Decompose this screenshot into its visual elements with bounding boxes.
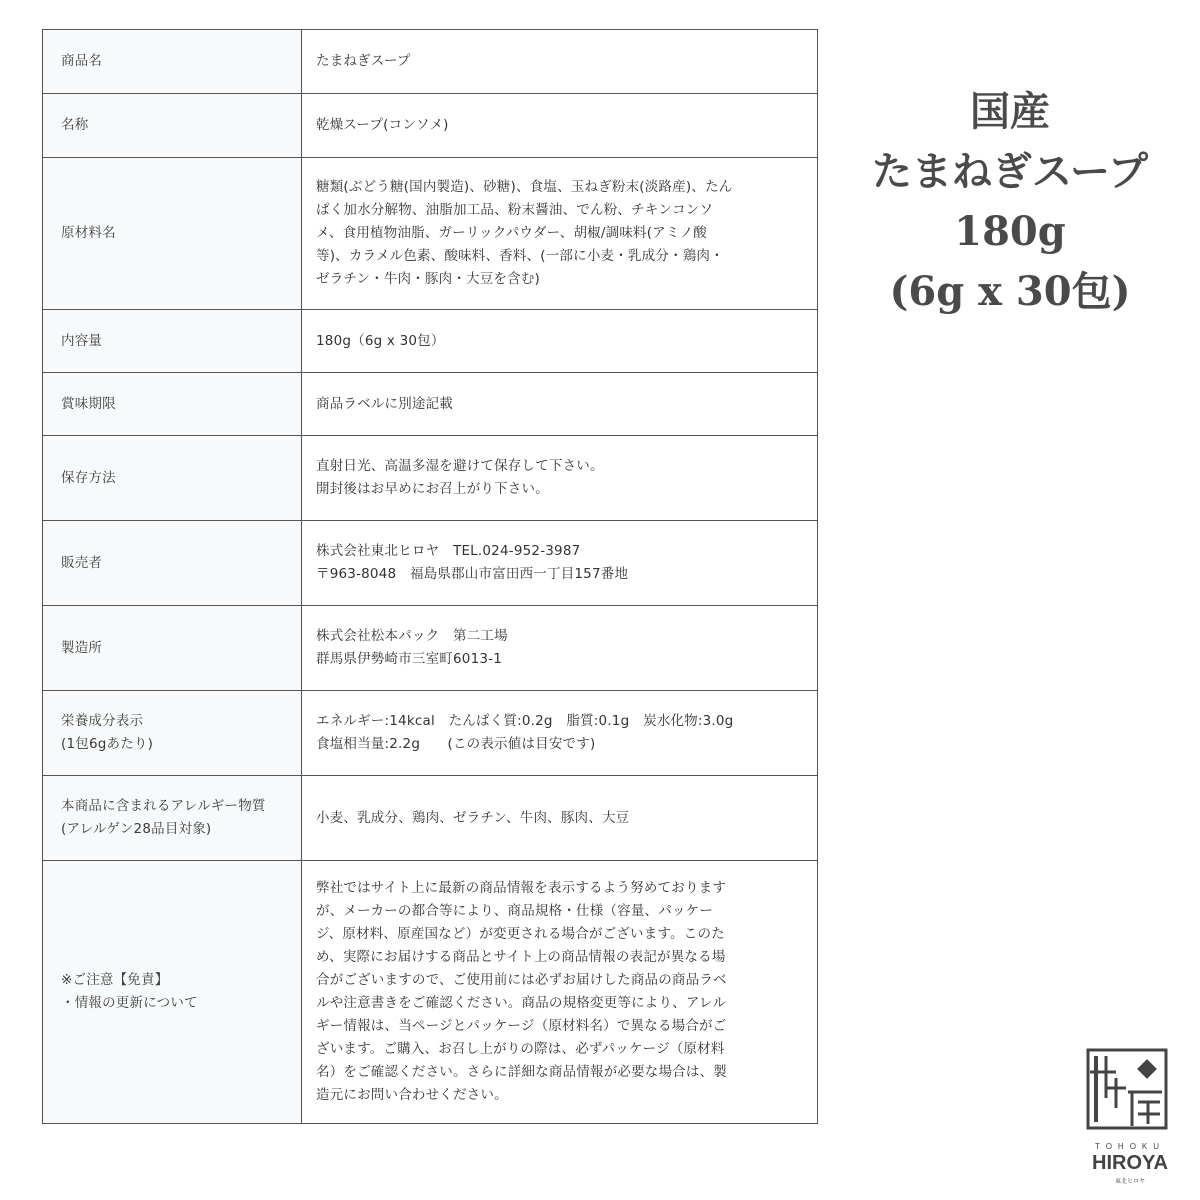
row-value: 乾燥スープ(コンソメ) [302, 94, 818, 158]
value-text: 等)、カラメル色素、酸味料、香料、(一部に小麦・乳成分・鶏肉・ [316, 245, 803, 268]
headline-product-name: たまねぎスープ [840, 142, 1180, 202]
table-row-product-name: 商品名 たまねぎスープ [43, 30, 818, 94]
table-row-nutrition: 栄養成分表示 (1包6gあたり) エネルギー:14kcal たんぱく質:0.2g… [43, 691, 818, 776]
label-text: 保存方法 [61, 467, 283, 490]
value-text: 180g（6g x 30包） [316, 330, 803, 353]
table-row-disclaimer: ※ご注意【免責】 ・情報の更新について 弊社ではサイト上に最新の商品情報を表示す… [43, 861, 818, 1124]
row-label: 賞味期限 [43, 373, 302, 436]
value-text: メ、食用植物油脂、ガーリックパウダー、胡椒/調味料(アミノ酸 [316, 222, 803, 245]
row-label: 原材料名 [43, 158, 302, 310]
value-text: 開封後はお早めにお召上がり下さい。 [316, 478, 803, 501]
row-label: 保存方法 [43, 436, 302, 521]
table-row-manufacturer: 製造所 株式会社松本パック 第二工場 群馬県伊勢崎市三室町6013-1 [43, 606, 818, 691]
value-text: 造元にお問い合わせください。 [316, 1084, 803, 1107]
row-value: 直射日光、高温多湿を避けて保存して下さい。 開封後はお早めにお召上がり下さい。 [302, 436, 818, 521]
table-row-best-before: 賞味期限 商品ラベルに別途記載 [43, 373, 818, 436]
label-text: 栄養成分表示 [61, 710, 283, 733]
value-text: ざいます。ご購入、お召し上がりの際は、必ずパッケージ（原材料 [316, 1038, 803, 1061]
label-text: 販売者 [61, 552, 283, 575]
value-text: ぱく加水分解物、油脂加工品、粉末醤油、でん粉、チキンコンソ [316, 199, 803, 222]
row-label: 栄養成分表示 (1包6gあたり) [43, 691, 302, 776]
value-text: 糖類(ぶどう糖(国内製造)、砂糖)、食塩、玉ねぎ粉末(淡路産)、たん [316, 176, 803, 199]
row-value: たまねぎスープ [302, 30, 818, 94]
label-text: 賞味期限 [61, 393, 283, 416]
label-text: 内容量 [61, 330, 283, 353]
row-value: 弊社ではサイト上に最新の商品情報を表示するよう努めております が、メーカーの都合… [302, 861, 818, 1124]
value-text: 株式会社東北ヒロヤ TEL.024-952-3987 [316, 540, 803, 563]
headline-origin: 国産 [840, 82, 1180, 142]
headline-weight: 180g [840, 202, 1180, 262]
table-row-seller: 販売者 株式会社東北ヒロヤ TEL.024-952-3987 〒963-8048… [43, 521, 818, 606]
value-text: が、メーカーの都合等により、商品規格・仕様（容量、パッケー [316, 900, 803, 923]
value-text: たまねぎスープ [316, 50, 803, 73]
row-value: 180g（6g x 30包） [302, 310, 818, 373]
row-value: 商品ラベルに別途記載 [302, 373, 818, 436]
label-text: 商品名 [61, 50, 283, 73]
row-value: エネルギー:14kcal たんぱく質:0.2g 脂質:0.1g 炭水化物:3.0… [302, 691, 818, 776]
table-row-storage: 保存方法 直射日光、高温多湿を避けて保存して下さい。 開封後はお早めにお召上がり… [43, 436, 818, 521]
row-label: 名称 [43, 94, 302, 158]
value-text: 弊社ではサイト上に最新の商品情報を表示するよう努めております [316, 877, 803, 900]
value-text: 群馬県伊勢崎市三室町6013-1 [316, 648, 803, 671]
value-text: 合がございますので、ご使用前には必ずお届けした商品の商品ラベ [316, 969, 803, 992]
value-text: ルや注意書きをご確認ください。商品の規格変更等により、アレル [316, 992, 803, 1015]
table-row-name: 名称 乾燥スープ(コンソメ) [43, 94, 818, 158]
value-text: ゼラチン・牛肉・豚肉・大豆を含む) [316, 268, 803, 291]
label-text: 製造所 [61, 637, 283, 660]
value-text: め、実際にお届けする商品とサイト上の商品情報の表記が異なる場 [316, 946, 803, 969]
logo-jp-text: 東北ヒロヤ [1082, 1176, 1178, 1185]
value-text: 商品ラベルに別途記載 [316, 393, 803, 416]
product-headline: 国産 たまねぎスープ 180g (6g x 30包) [840, 82, 1180, 322]
value-text: 直射日光、高温多湿を避けて保存して下さい。 [316, 455, 803, 478]
value-text: 乾燥スープ(コンソメ) [316, 114, 803, 137]
value-text: ギー情報は、当ページとパッケージ（原材料名）で異なる場合がご [316, 1015, 803, 1038]
value-text: 食塩相当量:2.2g (この表示値は目安です) [316, 733, 803, 756]
value-text: 〒963-8048 福島県郡山市富田西一丁目157番地 [316, 563, 803, 586]
product-spec-table: 商品名 たまねぎスープ 名称 乾燥スープ(コンソメ) 原材料名 糖類(ぶどう糖(… [42, 29, 818, 1124]
value-text: ジ、原材料、原産国など）が変更される場合がございます。このた [316, 923, 803, 946]
label-text: (1包6gあたり) [61, 733, 283, 756]
value-text: 名）をご確認ください。さらに詳細な商品情報が必要な場合は、製 [316, 1061, 803, 1084]
row-label: ※ご注意【免責】 ・情報の更新について [43, 861, 302, 1124]
value-text: 株式会社松本パック 第二工場 [316, 625, 803, 648]
label-text: 名称 [61, 114, 283, 137]
table-row-ingredients: 原材料名 糖類(ぶどう糖(国内製造)、砂糖)、食塩、玉ねぎ粉末(淡路産)、たん … [43, 158, 818, 310]
logo-tohoku-text: TOHOKU [1082, 1142, 1178, 1151]
value-text: エネルギー:14kcal たんぱく質:0.2g 脂質:0.1g 炭水化物:3.0… [316, 710, 803, 733]
table-row-contents: 内容量 180g（6g x 30包） [43, 310, 818, 373]
table-row-allergens: 本商品に含まれるアレルギー物質 (アレルゲン28品目対象) 小麦、乳成分、鶏肉、… [43, 776, 818, 861]
row-value: 糖類(ぶどう糖(国内製造)、砂糖)、食塩、玉ねぎ粉末(淡路産)、たん ぱく加水分… [302, 158, 818, 310]
brand-logo: TOHOKU HIROYA 東北ヒロヤ [1082, 1048, 1178, 1188]
row-label: 販売者 [43, 521, 302, 606]
label-text: ・情報の更新について [61, 992, 283, 1015]
row-label: 製造所 [43, 606, 302, 691]
label-text: 原材料名 [61, 222, 283, 245]
label-text: ※ご注意【免責】 [61, 969, 283, 992]
headline-pack-count: (6g x 30包) [840, 262, 1180, 322]
row-value: 株式会社東北ヒロヤ TEL.024-952-3987 〒963-8048 福島県… [302, 521, 818, 606]
row-label: 本商品に含まれるアレルギー物質 (アレルゲン28品目対象) [43, 776, 302, 861]
hiroya-kanji-mark-icon [1086, 1048, 1168, 1130]
row-value: 小麦、乳成分、鶏肉、ゼラチン、牛肉、豚肉、大豆 [302, 776, 818, 861]
value-text: 小麦、乳成分、鶏肉、ゼラチン、牛肉、豚肉、大豆 [316, 807, 803, 830]
label-text: (アレルゲン28品目対象) [61, 818, 283, 841]
logo-brand-text: HIROYA [1082, 1152, 1178, 1175]
label-text: 本商品に含まれるアレルギー物質 [61, 795, 283, 818]
row-label: 内容量 [43, 310, 302, 373]
row-value: 株式会社松本パック 第二工場 群馬県伊勢崎市三室町6013-1 [302, 606, 818, 691]
row-label: 商品名 [43, 30, 302, 94]
